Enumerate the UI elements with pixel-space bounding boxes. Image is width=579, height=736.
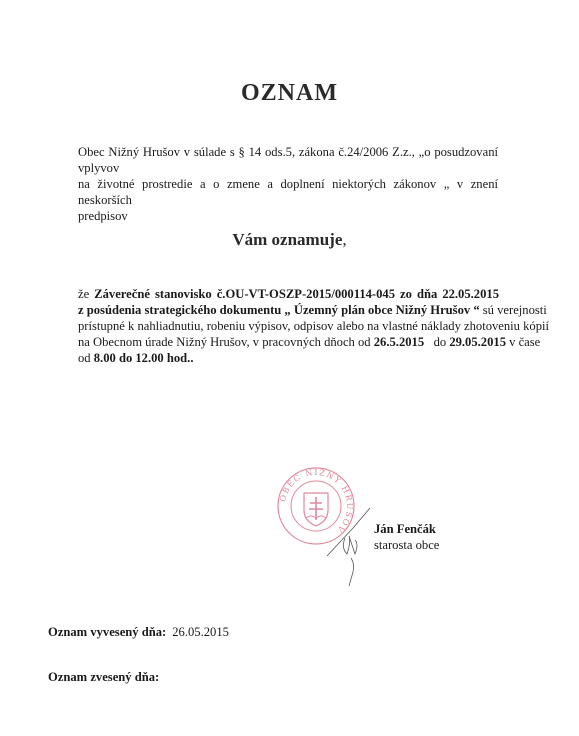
- intro-line-2: na životné prostredie a o zmene a doplne…: [78, 176, 498, 208]
- body-line-1-word: dňa: [417, 286, 437, 302]
- subtitle-comma: ,: [342, 230, 346, 249]
- posted-label: Oznam vyvesený dňa:: [48, 625, 166, 639]
- signer-block: Ján Fenčák starosta obce: [374, 521, 439, 553]
- body-line-1-word: zo: [400, 286, 412, 302]
- subtitle-text: Vám oznamuje: [232, 230, 342, 249]
- body-line-1-word: 22.05.2015: [442, 286, 499, 302]
- document-title: OZNAM: [0, 80, 579, 107]
- date-from: 26.5.2015: [374, 335, 424, 349]
- removed-date-row: Oznam zvesený dňa:: [48, 670, 159, 685]
- signer-name: Ján Fenčák: [374, 521, 439, 537]
- body-line-1: žeZáverečnéstanoviskoč.OU-VT-OSZP-2015/0…: [78, 286, 499, 302]
- body-line-3: prístupné k nahliadnutiu, robeniu výpiso…: [78, 318, 499, 334]
- body-paragraph: žeZáverečnéstanoviskoč.OU-VT-OSZP-2015/0…: [78, 286, 499, 366]
- body-line-1-word: že: [78, 286, 89, 302]
- body-line-1-word: stanovisko: [155, 286, 212, 302]
- body-line-5: od 8.00 do 12.00 hod..: [78, 350, 499, 366]
- document-reference: z posúdenia strategického dokumentu „ Úz…: [78, 303, 480, 317]
- announcement-subtitle: Vám oznamuje,: [0, 230, 579, 250]
- office-hours: 8.00 do 12.00 hod..: [94, 351, 194, 365]
- date-to: 29.05.2015: [449, 335, 506, 349]
- intro-paragraph: Obec Nižný Hrušov v súlade s § 14 ods.5,…: [78, 144, 498, 224]
- posted-date: 26.05.2015: [172, 625, 229, 639]
- posted-date-row: Oznam vyvesený dňa:26.05.2015: [48, 625, 229, 640]
- body-line-4: na Obecnom úrade Nižný Hrušov, v pracovn…: [78, 334, 499, 350]
- body-line-1-word: Záverečné: [94, 286, 150, 302]
- intro-line-3: predpisov: [78, 208, 498, 224]
- body-line-2: z posúdenia strategického dokumentu „ Úz…: [78, 302, 499, 318]
- signer-role: starosta obce: [374, 537, 439, 553]
- body-line-1-word: č.OU-VT-OSZP-2015/000114-045: [217, 286, 395, 302]
- removed-label: Oznam zvesený dňa:: [48, 670, 159, 684]
- intro-line-1: Obec Nižný Hrušov v súlade s § 14 ods.5,…: [78, 144, 498, 176]
